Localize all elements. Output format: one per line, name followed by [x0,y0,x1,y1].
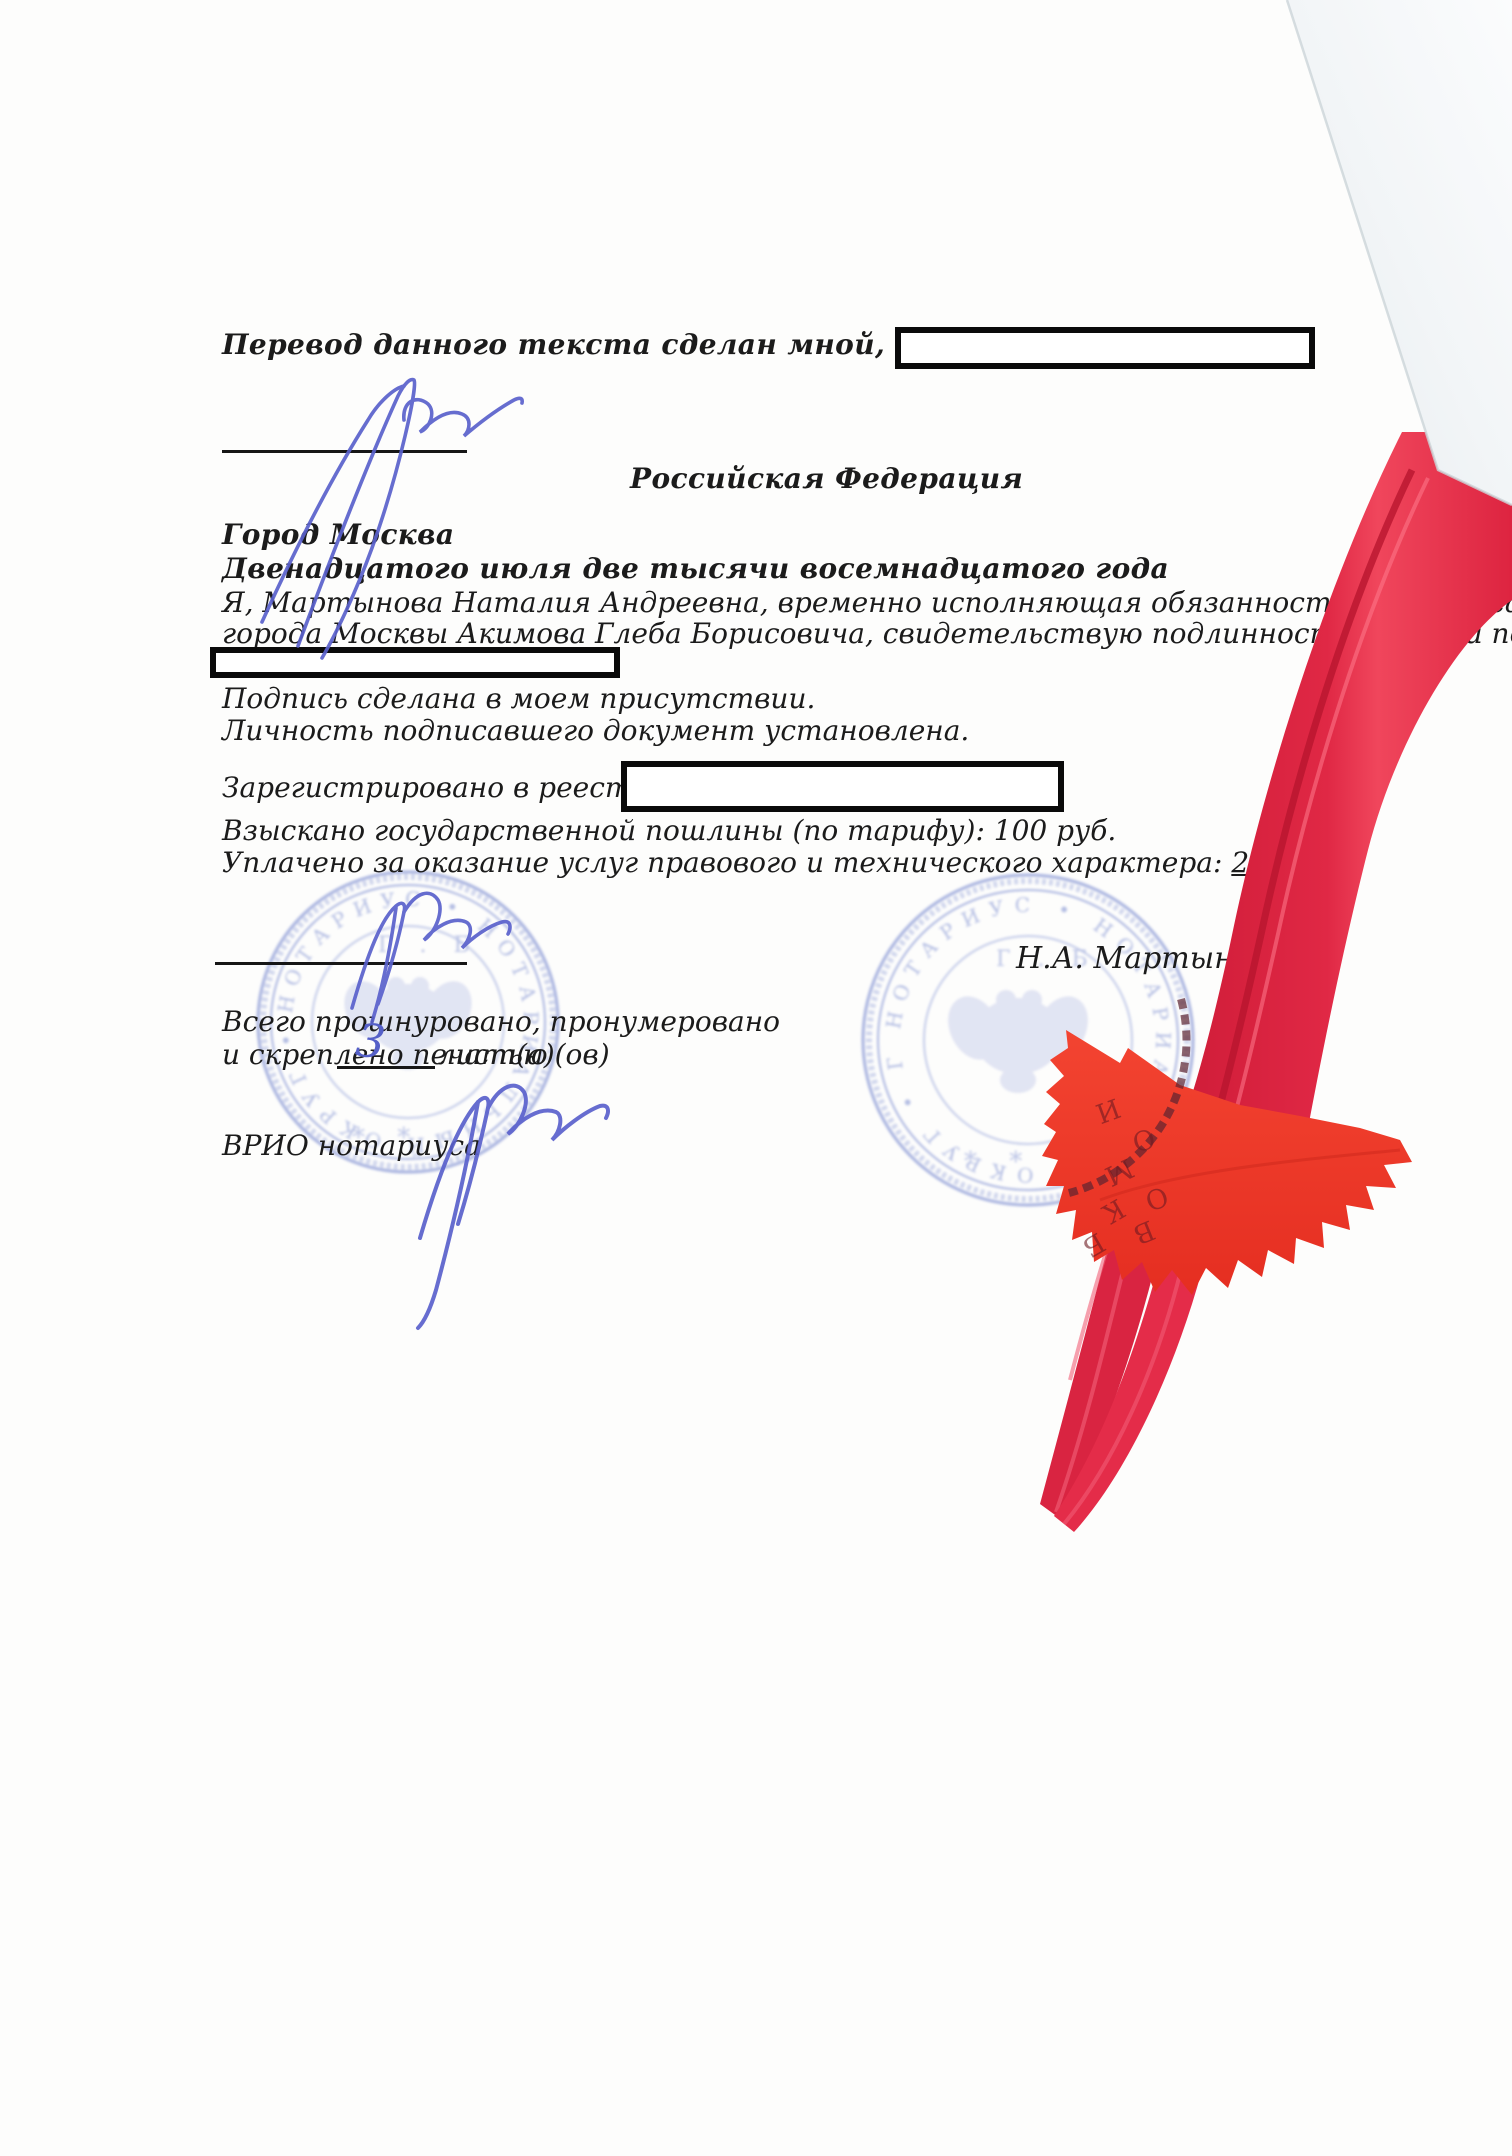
state-fee-line: Взыскано государственной пошлины (по тар… [222,816,1116,847]
notary-signature-line [215,962,467,965]
document-text-layer: Перевод данного текста сделан мной, пере… [0,0,1512,2156]
date-line: Двенадцатого июля две тысячи восемнадцат… [222,554,1169,585]
notary-body-line-2: города Москвы Акимова Глеба Борисовича, … [222,619,1512,650]
identity-line: Личность подписавшего документ установле… [222,716,969,747]
bound-sheets-line-1: Всего прошнуровано, пронумеровано [222,1007,780,1038]
translator-signature-line [222,450,467,453]
city-line: Город Москва [222,520,454,551]
service-fee-line: Уплачено за оказание услуг правового и т… [222,848,1354,879]
bound-sheets-line-2-suffix: лист(а)(ов) [438,1040,610,1071]
redaction-box-registry-number [621,761,1064,812]
country-title: Российская Федерация [630,464,1023,495]
vrio-notary-label: ВРИО нотариуса [222,1131,481,1162]
notarial-document-page: НОТАРИУС • НОТАРИАЛЬНЫЙ ОКРУГ • ГОРОД МО… [0,0,1512,2156]
service-fee-prefix: Уплачено за оказание услуг правового и т… [222,846,1231,879]
redaction-box-translator-name-body [210,647,620,678]
redaction-box-translator-name-top [895,327,1315,369]
notary-body-line-1: Я, Мартынова Наталия Андреевна, временно… [222,588,1512,619]
sheet-count-blank-line [337,1066,435,1069]
presence-line: Подпись сделана в моем присутствии. [222,684,815,715]
handwritten-sheet-count: 3 [353,1013,388,1070]
service-fee-amount: 200 [1231,846,1284,879]
notary-printed-name: Н.А. Мартынова [1016,942,1287,975]
service-fee-suffix: руб. [1285,846,1354,879]
